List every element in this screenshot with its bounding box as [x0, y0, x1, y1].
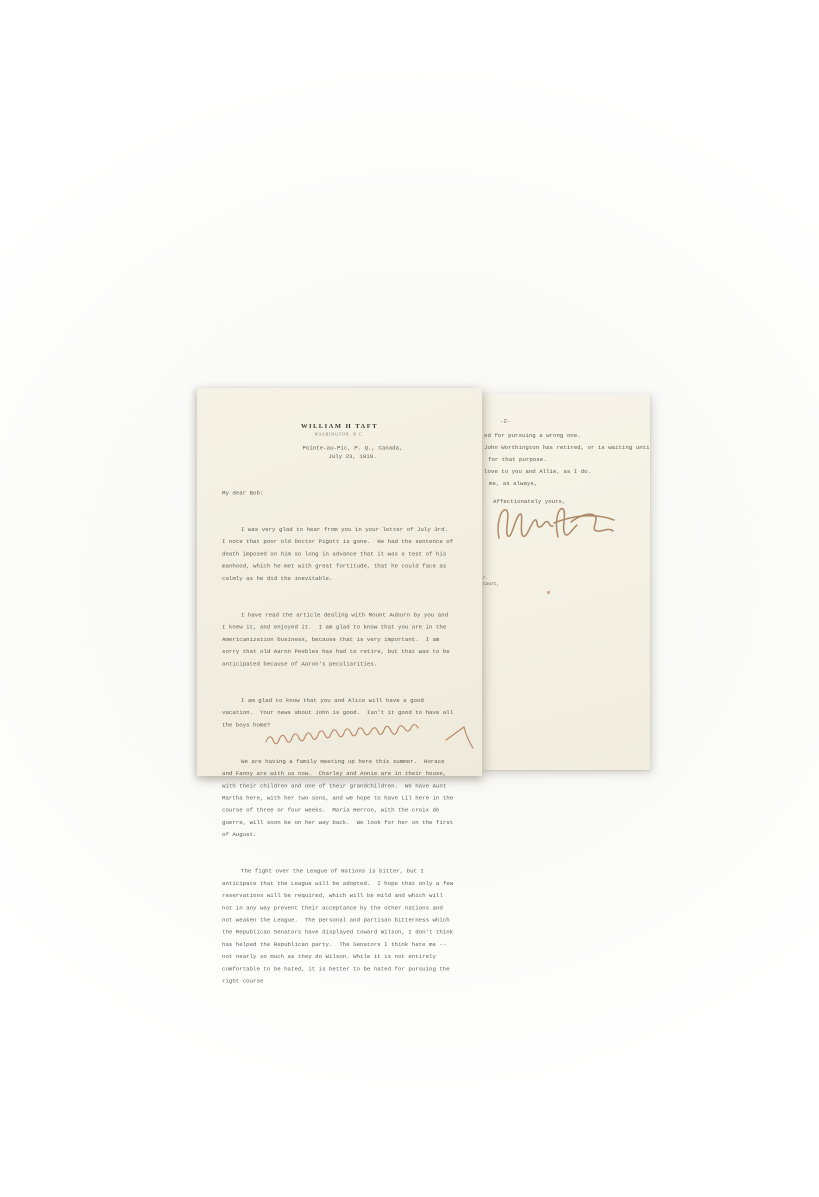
paragraph: I was very glad to hear from you in your… [222, 524, 454, 585]
place-line: Pointe-au-Pic, P. Q., Canada, [210, 444, 495, 453]
page2-line: John Worthington has retired, or is wait… [482, 442, 650, 454]
paragraph: The fight over the League of Nations is … [222, 866, 454, 988]
page2-text-column: ed for pursuing a wrong one. John Worthi… [482, 430, 650, 508]
date-line: July 23, 1919. [210, 453, 495, 462]
address-line: Court, [483, 581, 499, 587]
taft-signature [492, 500, 617, 548]
place-date-block: Pointe-au-Pic, P. Q., Canada, July 23, 1… [210, 444, 495, 461]
letterhead-name: WILLIAM H TAFT [197, 422, 482, 430]
letter-page-2: -2- ed for pursuing a wrong one. John Wo… [482, 394, 650, 770]
page1-content: WILLIAM H TAFT WASHINGTON, D.C. Pointe-a… [197, 388, 482, 776]
paragraph: I have read the article dealing with Mou… [222, 609, 454, 670]
salutation: My dear Bob: [222, 487, 454, 499]
letterhead-address: WASHINGTON, D.C. [197, 432, 482, 437]
red-ink-dot [547, 591, 550, 594]
paragraph: We are having a family meeting up here t… [222, 756, 454, 841]
address-block-fragment: r. Court, [483, 575, 499, 587]
letter-page-1: WILLIAM H TAFT WASHINGTON, D.C. Pointe-a… [197, 388, 482, 776]
page2-content: -2- ed for pursuing a wrong one. John Wo… [482, 394, 650, 770]
page2-line: for that purpose. [482, 454, 650, 466]
page2-line: ed for pursuing a wrong one. [482, 430, 650, 442]
handwritten-annotation [250, 724, 478, 752]
photo-backdrop: -2- ed for pursuing a wrong one. John Wo… [0, 0, 819, 1197]
page2-line: me, as always, [482, 478, 650, 490]
page-number: -2- [500, 418, 510, 425]
page2-line: love to you and Allie, as I do. [482, 466, 650, 478]
